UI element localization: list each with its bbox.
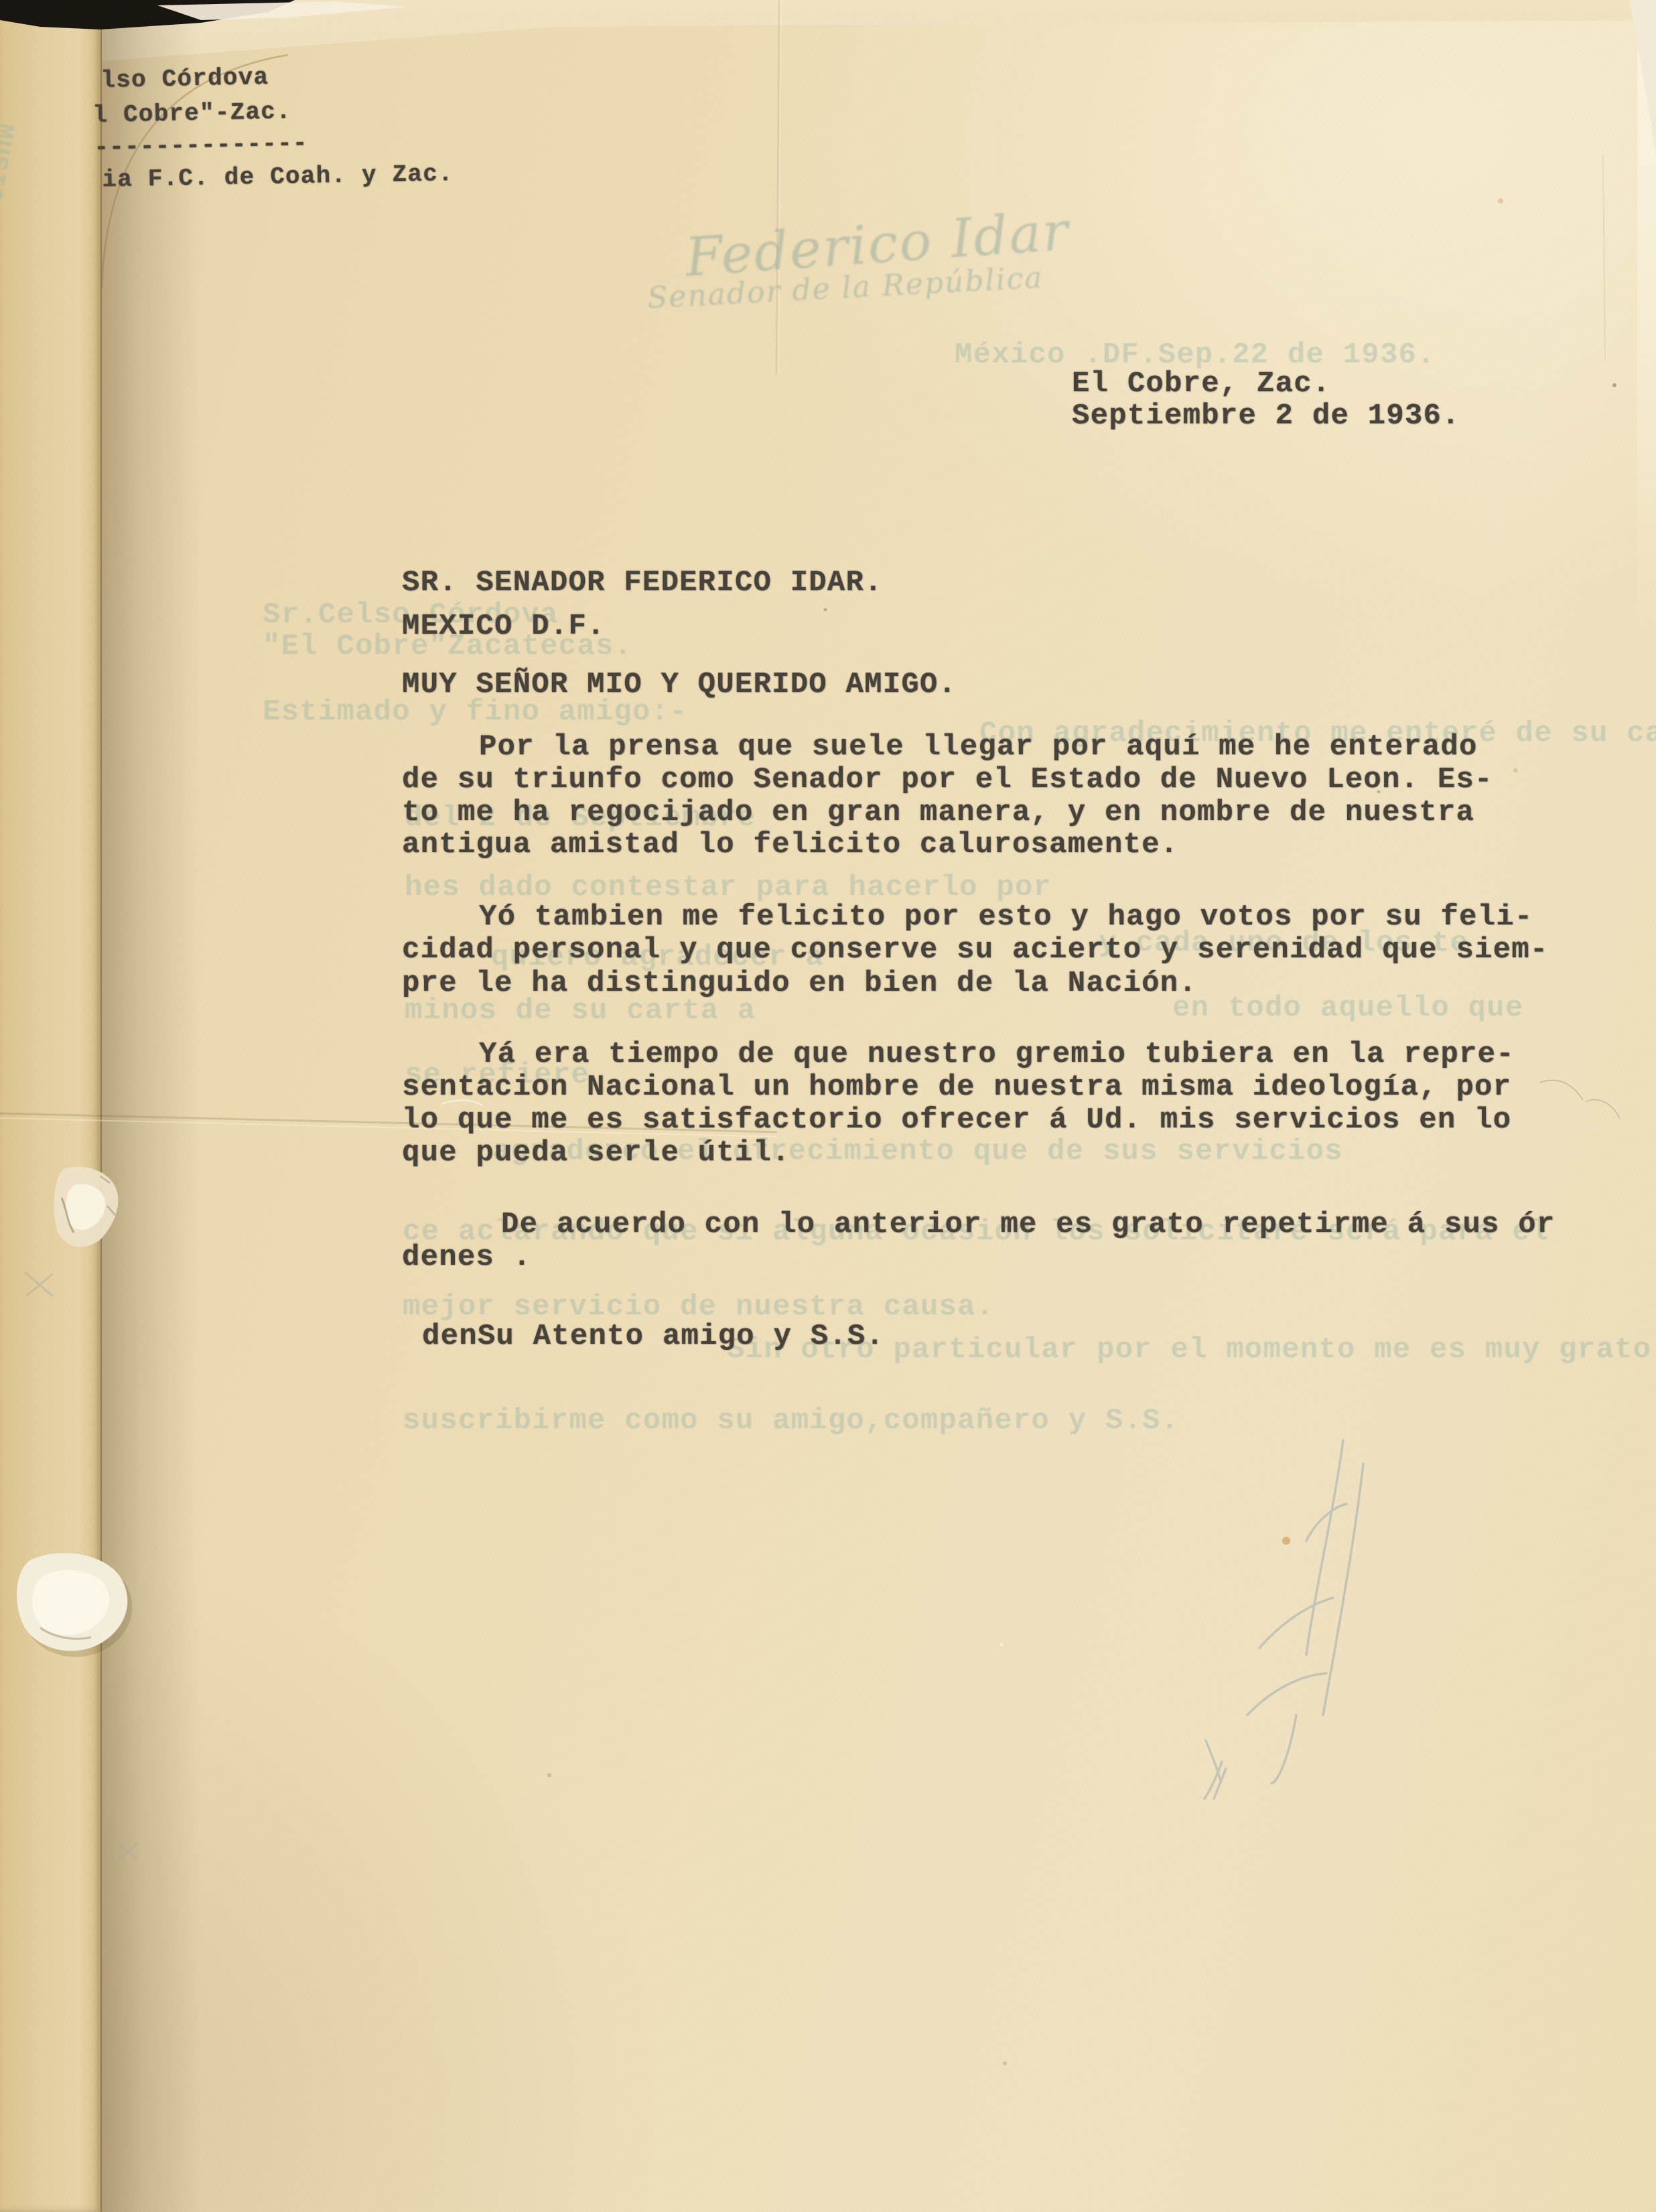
typewritten-line: MUY SEÑOR MIO Y QUERIDO AMIGO. (402, 668, 957, 701)
typewritten-line: Yó tambien me felicito por esto y hago v… (479, 900, 1533, 934)
typewritten-line: El Cobre, Zac. (1072, 367, 1330, 401)
typewritten-line: pre le ha distinguido en bien de la Naci… (402, 967, 1197, 1000)
typewritten-line: ia F.C. de Coah. y Zac. (102, 160, 454, 194)
typewritten-line: Por la prensa que suele llegar por aquí … (479, 730, 1478, 764)
bleedthrough-ghost-line: mejor servicio de nuestra causa. (403, 1290, 994, 1324)
bleedthrough-ghost-line: MUSICAL (0, 121, 19, 237)
typewritten-line: lso Córdova (100, 64, 269, 94)
typewritten-line: de su triunfo como Senador por el Estado… (402, 763, 1493, 797)
scanned-letter-page: Federico IdarSenador de la RepúblicaMéxi… (0, 0, 1656, 2212)
typewritten-line: sentacion Nacional un hombre de nuestra … (402, 1070, 1511, 1104)
typewritten-line: De acuerdo con lo anterior me es grato r… (501, 1208, 1555, 1241)
bleedthrough-ghost-line: suscribirme como su amigo,compañero y S.… (403, 1404, 1179, 1438)
typewritten-line: Yá era tiempo de que nuestro gremio tubi… (479, 1038, 1515, 1071)
typewritten-line: cidad personal y que conserve su acierto… (402, 933, 1548, 967)
typewritten-line: Septiembre 2 de 1936. (1072, 399, 1460, 433)
typewritten-line: lo que me es satisfactorio ofrecer á Ud.… (402, 1103, 1511, 1137)
typewritten-line: -------------- (94, 129, 308, 161)
typewritten-line: que pueda serle útil. (402, 1136, 790, 1170)
bleedthrough-ghost-line: en todo aquello que (1172, 991, 1523, 1025)
typewritten-line: antigua amistad lo felicito calurosament… (402, 828, 1178, 861)
typewritten-line: MEXICO D.F. (402, 610, 606, 643)
typewritten-line: denes . (402, 1241, 531, 1274)
text-layer: Federico IdarSenador de la RepúblicaMéxi… (0, 0, 1656, 2212)
typewritten-line: SR. SENADOR FEDERICO IDAR. (402, 566, 883, 600)
typewritten-line: l Cobre"-Zac. (92, 98, 291, 129)
typewritten-line: denSu Atento amigo y S.S. (422, 1320, 884, 1353)
typewritten-line: to me ha regocijado en gran manera, y en… (402, 796, 1474, 829)
bleedthrough-ghost-line: hes dado contestar para hacerlo por (405, 871, 1052, 904)
